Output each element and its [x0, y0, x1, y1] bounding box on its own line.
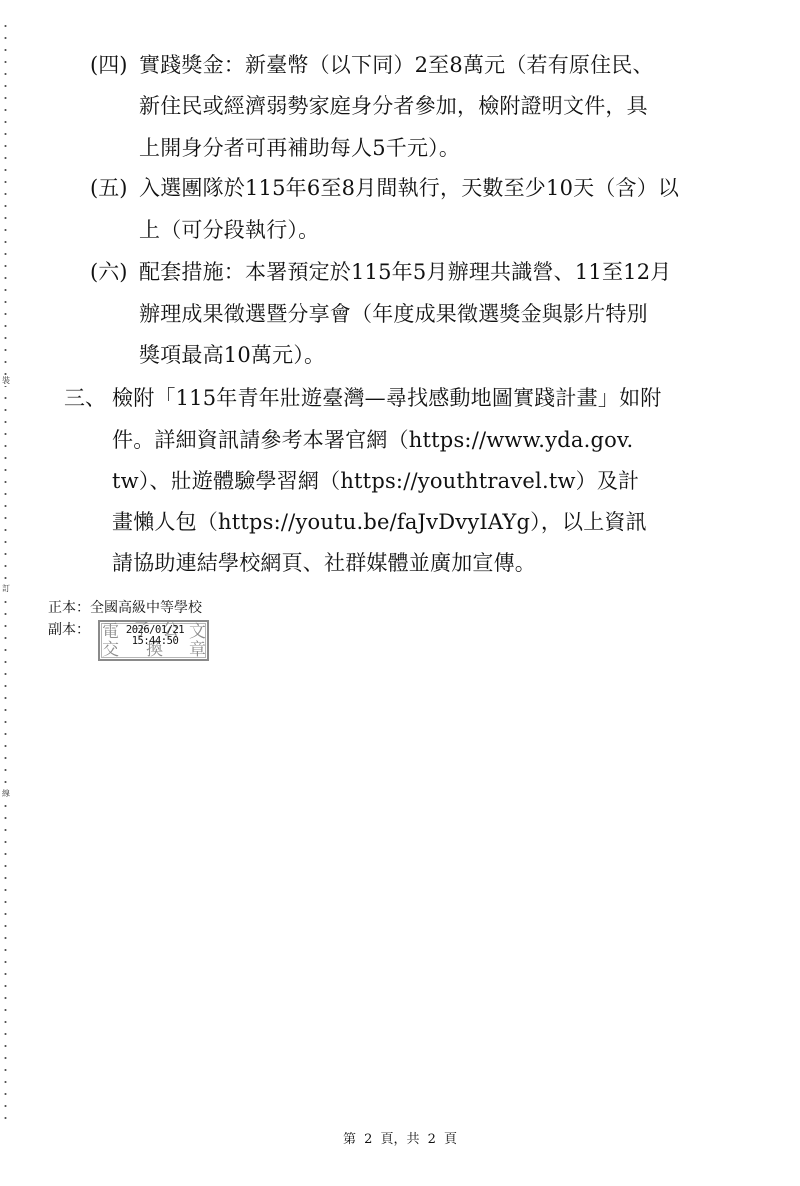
- stamp-time: 15:44:50: [120, 636, 190, 647]
- original-recipient-label: 正本：: [48, 600, 90, 616]
- binding-label-ding: 訂: [1, 584, 11, 594]
- original-recipient-row: 正本：全國高級中等學校: [48, 599, 202, 617]
- stamp-char-7: 章: [189, 641, 206, 659]
- original-recipient-value: 全國高級中等學校: [90, 600, 202, 616]
- stamp-char-4: 文: [189, 623, 206, 641]
- item-5-marker: (五): [90, 174, 127, 202]
- stamp-char-5: 交: [102, 641, 119, 659]
- item-6-line-1: 配套措施：本署預定於115年5月辦理共識營、11至12月: [139, 258, 672, 286]
- item-6-line-3: 獎項最高10萬元）。: [139, 341, 325, 369]
- binding-dotted-line: [4, 20, 7, 1126]
- electronic-exchange-stamp: 電 子 公 文 交 換 章 2026/01/21 15:44:50: [98, 620, 209, 661]
- binding-label-xian: 線: [1, 789, 11, 799]
- item-6-line-2: 辦理成果徵選暨分享會（年度成果徵選獎金與影片特別: [139, 300, 648, 328]
- stamp-char-1: 電: [102, 623, 119, 641]
- item-5-line-2: 上（可分段執行）。: [139, 216, 319, 244]
- section-3-line-1: 檢附「115年青年壯遊臺灣—尋找感動地圖實踐計畫」如附: [112, 384, 661, 412]
- binding-label-zhuang: 裝: [1, 376, 11, 386]
- item-4-line-1: 實踐獎金：新臺幣（以下同）2至8萬元（若有原住民、: [139, 51, 654, 79]
- copy-recipient-label: 副本：: [48, 622, 90, 638]
- section-3-marker: 三、: [64, 384, 106, 412]
- item-5-line-1: 入選團隊於115年6至8月間執行，天數至少10天（含）以: [139, 174, 679, 202]
- item-4-line-2: 新住民或經濟弱勢家庭身分者參加，檢附證明文件，具: [139, 92, 648, 120]
- page-number-footer: 第 2 頁，共 2 頁: [0, 1132, 800, 1148]
- section-3-line-4: 畫懶人包（https://youtu.be/faJvDvyIAYg），以上資訊: [112, 508, 647, 536]
- section-3-line-3: tw）、壯遊體驗學習網（https://youthtravel.tw）及計: [112, 467, 639, 495]
- stamp-datetime: 2026/01/21 15:44:50: [120, 625, 190, 647]
- copy-recipient-row: 副本：: [48, 621, 90, 639]
- item-4-marker: (四): [90, 51, 127, 79]
- section-3-line-5: 請協助連結學校網頁、社群媒體並廣加宣傳。: [112, 549, 536, 577]
- item-6-marker: (六): [90, 258, 127, 286]
- section-3-line-2: 件。詳細資訊請參考本署官網（https://www.yda.gov.: [112, 426, 633, 454]
- item-4-line-3: 上開身分者可再補助每人5千元）。: [139, 134, 460, 162]
